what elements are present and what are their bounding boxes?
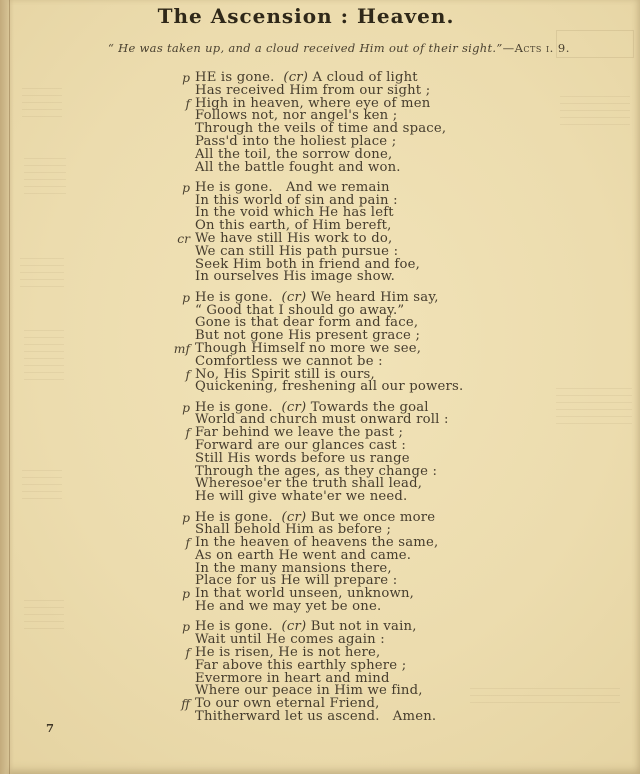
hymn-line-text: He will give whate'er we need. — [195, 491, 407, 504]
dynamic-mark: p — [156, 512, 195, 525]
dynamic-mark — [156, 123, 195, 136]
dynamic-mark — [156, 466, 195, 479]
dynamic-mark: f — [156, 427, 195, 440]
hymn-line: Thitherward let us ascend. Amen. — [156, 711, 576, 724]
dynamic-mark — [156, 305, 195, 318]
ghost-staff — [22, 470, 62, 500]
stanza: pHE is gone. (cr) A cloud of lightHas re… — [156, 72, 576, 174]
epigraph-reference: —Acts i. 9. — [503, 41, 570, 55]
dynamic-mark — [156, 110, 195, 123]
dynamic-mark — [156, 259, 195, 272]
dynamic-mark: f — [156, 647, 195, 660]
dynamic-mark — [156, 711, 195, 724]
stanza: pHe is gone. (cr) Towards the goalWorld … — [156, 402, 576, 504]
dynamic-mark — [156, 453, 195, 466]
hymn-line-text: In ourselves His image show. — [195, 271, 395, 284]
dynamic-mark — [156, 246, 195, 259]
page-title: The Ascension : Heaven. — [0, 4, 612, 28]
binding-edge-line — [9, 0, 10, 774]
dynamic-mark: ff — [156, 698, 195, 711]
dynamic-mark — [156, 673, 195, 686]
ghost-staff — [24, 600, 64, 630]
hymn-line: He will give whate'er we need. — [156, 491, 576, 504]
dynamic-mark — [156, 550, 195, 563]
dynamic-mark — [156, 136, 195, 149]
dynamic-mark — [156, 85, 195, 98]
dynamic-mark: p — [156, 292, 195, 305]
dynamic-mark — [156, 356, 195, 369]
dynamic-mark — [156, 660, 195, 673]
dynamic-mark — [156, 440, 195, 453]
ghost-staff — [24, 158, 66, 194]
hymn-line-text: Thitherward let us ascend. Amen. — [195, 711, 436, 724]
hymn-line-text: All the battle fought and won. — [195, 162, 401, 175]
ghost-staff — [20, 258, 64, 290]
dynamic-mark — [156, 491, 195, 504]
hymn-line: He and we may yet be one. — [156, 601, 576, 614]
dynamic-mark — [156, 149, 195, 162]
dynamic-mark — [156, 162, 195, 175]
stanza: pHe is gone. (cr) But we once moreShall … — [156, 512, 576, 614]
dynamic-mark: f — [156, 537, 195, 550]
dynamic-mark — [156, 478, 195, 491]
hymn-line: Quickening, freshening all our powers. — [156, 381, 576, 394]
dynamic-mark: p — [156, 588, 195, 601]
dynamic-mark: f — [156, 369, 195, 382]
dynamic-mark: p — [156, 182, 195, 195]
dynamic-mark — [156, 381, 195, 394]
dynamic-mark: p — [156, 402, 195, 415]
dynamic-mark — [156, 601, 195, 614]
stanza: pHe is gone. (cr) We heard Him say,“ Goo… — [156, 292, 576, 394]
dynamic-mark: cr — [156, 233, 195, 246]
hymn-line-text: Quickening, freshening all our powers. — [195, 381, 463, 394]
hymn-line: All the battle fought and won. — [156, 162, 576, 175]
dynamic-mark — [156, 207, 195, 220]
ghost-staff — [22, 88, 62, 118]
epigraph: “ He was taken up, and a cloud received … — [108, 41, 578, 55]
dynamic-mark: p — [156, 621, 195, 634]
hymn-line: In ourselves His image show. — [156, 271, 576, 284]
page-number: 7 — [46, 721, 54, 735]
dynamic-mark: mf — [156, 343, 195, 356]
binding-edge — [0, 0, 14, 774]
ghost-staff — [24, 330, 64, 386]
hymn-line-text: He and we may yet be one. — [195, 601, 381, 614]
dynamic-mark — [156, 271, 195, 284]
dynamic-mark — [156, 563, 195, 576]
dynamic-mark — [156, 317, 195, 330]
hymnal-page: The Ascension : Heaven. “ He was taken u… — [0, 0, 640, 774]
dynamic-mark — [156, 195, 195, 208]
stanza: pHe is gone. (cr) But not in vain,Wait u… — [156, 621, 576, 723]
stanza: pHe is gone. And we remainIn this world … — [156, 182, 576, 284]
dynamic-mark: f — [156, 98, 195, 111]
epigraph-quote: “ He was taken up, and a cloud received … — [108, 41, 503, 55]
dynamic-mark: p — [156, 72, 195, 85]
hymn-stanzas: pHE is gone. (cr) A cloud of lightHas re… — [156, 72, 576, 731]
